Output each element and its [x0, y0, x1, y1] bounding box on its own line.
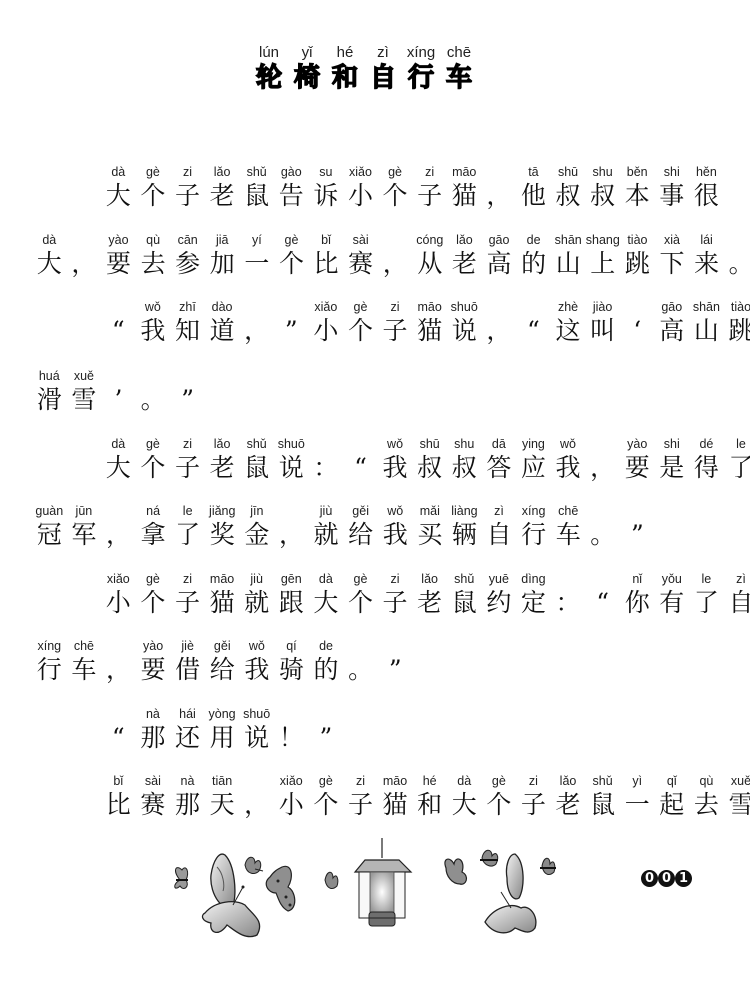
hanzi: 了 — [694, 587, 719, 619]
char-cell: jiǎng奖 — [205, 503, 240, 551]
pinyin: lái — [700, 232, 713, 248]
hanzi: 个 — [140, 180, 165, 212]
char-cell: shuō说 — [274, 436, 309, 484]
hanzi: “ — [112, 722, 125, 754]
pinyin: qǐ — [667, 773, 677, 789]
pinyin: gào — [281, 164, 302, 180]
char-cell: huá滑 — [32, 368, 67, 416]
pinyin: nà — [146, 706, 160, 722]
hanzi: 猫 — [417, 315, 442, 347]
pinyin: gè — [354, 571, 368, 587]
pinyin: zi — [391, 571, 400, 587]
char-cell: xiǎo小 — [309, 299, 344, 347]
char-cell: tiào跳 — [724, 299, 750, 347]
hanzi: 一 — [625, 789, 650, 821]
char-cell: gè个 — [343, 571, 378, 619]
pinyin: qù — [146, 232, 160, 248]
pinyin: wǒ — [387, 503, 403, 519]
char-cell: le了 — [170, 503, 205, 551]
hanzi: 跳 — [625, 248, 650, 280]
char-cell: jiù就 — [239, 571, 274, 619]
char-cell: cān参 — [170, 232, 205, 280]
pinyin: de — [527, 232, 541, 248]
char-cell: wǒ我 — [378, 503, 413, 551]
hanzi: “ — [527, 315, 540, 347]
hanzi: 要 — [106, 248, 131, 280]
title-char-cell: lún轮 — [250, 44, 288, 94]
pinyin: nǐ — [632, 571, 642, 587]
pinyin: le — [183, 503, 193, 519]
hanzi: 子 — [383, 587, 408, 619]
pinyin: jiù — [320, 503, 333, 519]
char-cell: dā答 — [482, 436, 517, 484]
char-cell: māo猫 — [412, 299, 447, 347]
hanzi: ” — [631, 519, 644, 551]
pinyin: dào — [212, 299, 233, 315]
pinyin: qù — [699, 773, 713, 789]
pinyin: wǒ — [145, 299, 161, 315]
pinyin: lǎo — [214, 164, 231, 180]
char-cell: zi子 — [343, 773, 378, 821]
char-cell: shū叔 — [551, 164, 586, 212]
hanzi: 个 — [140, 452, 165, 484]
char-cell: dà大 — [32, 232, 67, 280]
hanzi: 拿 — [141, 519, 166, 551]
butterflies-lantern-illustration — [0, 830, 750, 940]
char-cell: “ — [101, 299, 136, 347]
pinyin: zi — [391, 299, 400, 315]
hanzi: 去 — [141, 248, 166, 280]
hanzi: 来 — [694, 248, 719, 280]
pinyin: běn — [627, 164, 648, 180]
hanzi: ， — [383, 248, 408, 280]
char-cell: yào要 — [136, 638, 171, 686]
pinyin: jūn — [76, 503, 93, 519]
hanzi: 小 — [279, 789, 304, 821]
pinyin: lǎo — [560, 773, 577, 789]
hanzi: 是 — [659, 452, 684, 484]
pinyin: zi — [529, 773, 538, 789]
pinyin: zhī — [179, 299, 196, 315]
char-cell: chē车 — [67, 638, 102, 686]
title-char-cell: xíng行 — [402, 44, 440, 94]
pinyin: mǎi — [420, 503, 440, 519]
title-pinyin: yǐ — [302, 44, 313, 62]
char-cell: shǔ鼠 — [585, 773, 620, 821]
char-cell: lái来 — [689, 232, 724, 280]
pinyin: cóng — [416, 232, 443, 248]
hanzi: 大 — [313, 587, 338, 619]
pinyin: gè — [146, 164, 160, 180]
pinyin: zi — [183, 571, 192, 587]
char-cell: xuě雪 — [67, 368, 102, 416]
char-cell: liàng辆 — [447, 503, 482, 551]
char-cell: zi子 — [170, 571, 205, 619]
char-cell: yǒu有 — [655, 571, 690, 619]
hanzi: 就 — [314, 519, 339, 551]
hanzi: 小 — [106, 587, 131, 619]
hanzi: 加 — [210, 248, 235, 280]
pinyin: wǒ — [560, 436, 576, 452]
hanzi: ’ — [115, 384, 123, 416]
pinyin: xíng — [37, 638, 61, 654]
char-cell: ” — [170, 368, 205, 416]
text-line: dà大gè个zi子lǎo老shǔ鼠gào告su诉xiǎo小gè个zi子māo猫，… — [101, 164, 724, 212]
pinyin: gè — [319, 773, 333, 789]
hanzi: ” — [319, 722, 332, 754]
hanzi: 借 — [175, 654, 200, 686]
pinyin: gěi — [214, 638, 231, 654]
char-cell: jiù就 — [309, 503, 344, 551]
char-cell: zi子 — [516, 773, 551, 821]
char-cell: zi子 — [170, 164, 205, 212]
pinyin: xià — [664, 232, 680, 248]
hanzi: 诉 — [313, 180, 338, 212]
pinyin: gěi — [352, 503, 369, 519]
pinyin: shū — [420, 436, 440, 452]
hanzi: 大 — [452, 789, 477, 821]
pinyin: bǐ — [321, 232, 331, 248]
pinyin: shǔ — [593, 773, 613, 789]
hanzi: 约 — [486, 587, 511, 619]
hanzi: ： — [313, 452, 338, 484]
title-pinyin: xíng — [407, 44, 435, 62]
char-cell: zi子 — [170, 436, 205, 484]
char-cell: gāo高 — [655, 299, 690, 347]
char-cell: shang上 — [586, 232, 621, 280]
hanzi: 事 — [659, 180, 684, 212]
char-cell: shu叔 — [585, 164, 620, 212]
hanzi: 天 — [210, 789, 235, 821]
pinyin: ná — [146, 503, 160, 519]
pinyin: zì — [736, 571, 746, 587]
pinyin: gāo — [489, 232, 510, 248]
hanzi: 跟 — [279, 587, 304, 619]
hanzi: 去 — [694, 789, 719, 821]
hanzi: 雪 — [728, 789, 750, 821]
hanzi: 金 — [244, 519, 269, 551]
char-cell: qí骑 — [274, 638, 309, 686]
hanzi: 行 — [37, 654, 62, 686]
hanzi: 给 — [210, 654, 235, 686]
pinyin: zhè — [558, 299, 578, 315]
hanzi: ” — [285, 315, 298, 347]
hanzi: 答 — [486, 452, 511, 484]
hanzi: ” — [181, 384, 194, 416]
char-cell: mǎi买 — [413, 503, 448, 551]
hanzi: 骑 — [279, 654, 304, 686]
char-cell: nà那 — [170, 773, 205, 821]
char-cell: wǒ我 — [136, 299, 171, 347]
hanzi: 从 — [417, 248, 442, 280]
char-cell: guàn冠 — [32, 503, 67, 551]
butterfly-icon — [480, 850, 498, 866]
text-line: guàn冠jūn军，ná拿le了jiǎng奖jīn金，jiù就gěi给wǒ我mǎ… — [32, 503, 655, 551]
char-cell: de的 — [516, 232, 551, 280]
char-cell: shu叔 — [447, 436, 482, 484]
char-cell: ， — [482, 164, 517, 212]
title-pinyin: chē — [447, 44, 471, 62]
char-cell: ‘ — [620, 299, 655, 347]
butterfly-icon — [325, 872, 338, 888]
hanzi: 鼠 — [452, 587, 477, 619]
pinyin: lǎo — [421, 571, 438, 587]
char-cell: shǔ鼠 — [447, 571, 482, 619]
lantern-icon — [355, 838, 411, 926]
hanzi: 比 — [106, 789, 131, 821]
pinyin: tā — [528, 164, 538, 180]
char-cell: wǒ我 — [240, 638, 275, 686]
hanzi: 鼠 — [244, 452, 269, 484]
hanzi: 应 — [521, 452, 546, 484]
hanzi: 。 — [141, 384, 166, 416]
char-cell: tā他 — [516, 164, 551, 212]
hanzi: 说 — [452, 315, 477, 347]
hanzi: 大 — [106, 180, 131, 212]
char-cell: nà那 — [136, 706, 171, 754]
char-cell: yòng用 — [205, 706, 240, 754]
char-cell: běn本 — [620, 164, 655, 212]
hanzi: 山 — [556, 248, 581, 280]
title-char-cell: zì自 — [364, 44, 402, 94]
title-pinyin: zì — [377, 44, 389, 62]
pinyin: māo — [452, 164, 476, 180]
pinyin: dìng — [521, 571, 545, 587]
text-line: dà大gè个zi子lǎo老shǔ鼠shuō说：“wǒ我shū叔shu叔dā答yi… — [101, 436, 750, 484]
hanzi: 雪 — [71, 384, 96, 416]
pinyin: gè — [388, 164, 402, 180]
hanzi: 子 — [348, 789, 373, 821]
hanzi: 大 — [106, 452, 131, 484]
hanzi: 个 — [140, 587, 165, 619]
hanzi: 的 — [521, 248, 546, 280]
char-cell: wǒ我 — [378, 436, 413, 484]
pinyin: nà — [181, 773, 195, 789]
hanzi: 猫 — [452, 180, 477, 212]
title-char-cell: chē车 — [440, 44, 478, 94]
hanzi: 子 — [175, 452, 200, 484]
char-cell: ！ — [274, 706, 309, 754]
pinyin: liàng — [451, 503, 477, 519]
char-cell: shǔ鼠 — [239, 164, 274, 212]
char-cell: yuē约 — [482, 571, 517, 619]
char-cell: māo猫 — [447, 164, 482, 212]
hanzi: 老 — [210, 452, 235, 484]
text-line: huá滑xuě雪’。” — [32, 368, 205, 416]
hanzi: ， — [244, 789, 269, 821]
title-character: 和 — [332, 62, 358, 94]
pinyin: jiào — [593, 299, 612, 315]
title-character: 轮 — [256, 62, 282, 94]
char-cell: shi是 — [655, 436, 690, 484]
hanzi: ， — [486, 180, 511, 212]
char-cell: shuō说 — [239, 706, 274, 754]
hanzi: ， — [486, 315, 511, 347]
char-cell: māo猫 — [378, 773, 413, 821]
char-cell: bǐ比 — [309, 232, 344, 280]
text-line: dà大，yào要qù去cān参jiā加yí一gè个bǐ比sài赛，cóng从lǎ… — [32, 232, 750, 280]
char-cell: gè个 — [378, 164, 413, 212]
hanzi: 子 — [175, 587, 200, 619]
char-cell: “ — [101, 706, 136, 754]
char-cell: ” — [309, 706, 344, 754]
pinyin: jiǎng — [209, 503, 235, 519]
char-cell: ” — [274, 299, 309, 347]
char-cell: yào要 — [620, 436, 655, 484]
hanzi: 子 — [521, 789, 546, 821]
char-cell: ， — [101, 638, 136, 686]
pinyin: chē — [558, 503, 578, 519]
pinyin: shū — [558, 164, 578, 180]
pinyin: yì — [632, 773, 642, 789]
char-cell: ， — [101, 503, 136, 551]
hanzi: 了 — [728, 452, 750, 484]
pinyin: shi — [664, 436, 680, 452]
pinyin: shang — [586, 232, 620, 248]
hanzi: 车 — [71, 654, 96, 686]
hanzi: 军 — [71, 519, 96, 551]
char-cell: “ — [585, 571, 620, 619]
hanzi: 大 — [37, 248, 62, 280]
title-character: 椅 — [294, 62, 320, 94]
char-cell: dà大 — [309, 571, 344, 619]
char-cell: de的 — [309, 638, 344, 686]
char-cell: lǎo老 — [412, 571, 447, 619]
hanzi: 行 — [521, 519, 546, 551]
text-line: xíng行chē车，yào要jiè借gěi给wǒ我qí骑de的。” — [32, 638, 413, 686]
hanzi: 叔 — [417, 452, 442, 484]
char-cell: jūn军 — [67, 503, 102, 551]
pinyin: guàn — [35, 503, 63, 519]
char-cell: shū叔 — [412, 436, 447, 484]
char-cell: māo猫 — [205, 571, 240, 619]
pinyin: bǐ — [113, 773, 123, 789]
title-char-cell: yǐ椅 — [288, 44, 326, 94]
pinyin: shuō — [243, 706, 270, 722]
char-cell: cóng从 — [413, 232, 448, 280]
pinyin: lǎo — [214, 436, 231, 452]
char-cell: gěi给 — [343, 503, 378, 551]
pinyin: hěn — [696, 164, 717, 180]
pinyin: tiān — [212, 773, 232, 789]
char-cell: gè个 — [136, 436, 171, 484]
char-cell: yí一 — [240, 232, 275, 280]
pinyin: wǒ — [249, 638, 265, 654]
pinyin: shān — [693, 299, 720, 315]
title-char-cell: hé和 — [326, 44, 364, 94]
pinyin: zi — [183, 436, 192, 452]
pinyin: shuō — [278, 436, 305, 452]
char-cell: su诉 — [309, 164, 344, 212]
pinyin: su — [319, 164, 332, 180]
hanzi: 奖 — [210, 519, 235, 551]
hanzi: 鼠 — [590, 789, 615, 821]
butterfly-icon — [175, 868, 188, 889]
char-cell: nǐ你 — [620, 571, 655, 619]
hanzi: 就 — [244, 587, 269, 619]
hanzi: 冠 — [37, 519, 62, 551]
pinyin: gè — [492, 773, 506, 789]
pinyin: gēn — [281, 571, 302, 587]
pinyin: shǔ — [454, 571, 474, 587]
char-cell: gào告 — [274, 164, 309, 212]
hanzi: 得 — [694, 452, 719, 484]
char-cell: dìng定 — [516, 571, 551, 619]
title-character: 车 — [446, 62, 472, 94]
hanzi: ： — [556, 587, 581, 619]
hanzi: 滑 — [37, 384, 62, 416]
hanzi: 子 — [383, 315, 408, 347]
hanzi: ， — [106, 519, 131, 551]
pinyin: yuē — [489, 571, 509, 587]
hanzi: 这 — [556, 315, 581, 347]
pinyin: zi — [425, 164, 434, 180]
pinyin: shu — [454, 436, 474, 452]
char-cell: hái还 — [170, 706, 205, 754]
hanzi: 我 — [383, 452, 408, 484]
char-cell: dào道 — [205, 299, 240, 347]
title-pinyin: hé — [337, 44, 354, 62]
char-cell: hěn很 — [689, 164, 724, 212]
char-cell: 。 — [343, 638, 378, 686]
pinyin: yí — [252, 232, 262, 248]
hanzi: ， — [244, 315, 269, 347]
char-cell: zi子 — [378, 299, 413, 347]
hanzi: 山 — [694, 315, 719, 347]
hanzi: 下 — [659, 248, 684, 280]
char-cell: wǒ我 — [551, 436, 586, 484]
char-cell: lǎo老 — [551, 773, 586, 821]
pinyin: jiè — [181, 638, 194, 654]
char-cell: xiǎo小 — [101, 571, 136, 619]
pinyin: tiào — [627, 232, 647, 248]
hanzi: 我 — [140, 315, 165, 347]
hanzi: 他 — [521, 180, 546, 212]
char-cell: qù去 — [689, 773, 724, 821]
char-cell: ， — [585, 436, 620, 484]
char-cell: zhè这 — [551, 299, 586, 347]
char-cell: gè个 — [136, 571, 171, 619]
hanzi: 老 — [210, 180, 235, 212]
char-cell: ” — [620, 503, 655, 551]
hanzi: 买 — [417, 519, 442, 551]
char-cell: bǐ比 — [101, 773, 136, 821]
hanzi: 我 — [556, 452, 581, 484]
hanzi: 了 — [175, 519, 200, 551]
hanzi: 知 — [175, 315, 200, 347]
pinyin: ying — [522, 436, 545, 452]
pinyin: de — [319, 638, 333, 654]
char-cell: ： — [551, 571, 586, 619]
char-cell: chē车 — [551, 503, 586, 551]
title-pinyin: lún — [259, 44, 279, 62]
char-cell: sài赛 — [343, 232, 378, 280]
hanzi: 自 — [487, 519, 512, 551]
char-cell: tiào跳 — [620, 232, 655, 280]
char-cell: zi子 — [378, 571, 413, 619]
char-cell: ， — [239, 773, 274, 821]
pinyin: yòng — [209, 706, 236, 722]
page-number: 0 0 1 — [641, 870, 692, 887]
char-cell: xíng行 — [516, 503, 551, 551]
text-line: xiǎo小gè个zi子māo猫jiù就gēn跟dà大gè个zi子lǎo老shǔ鼠… — [101, 571, 750, 619]
pinyin: lǎo — [456, 232, 473, 248]
hanzi: 那 — [175, 789, 200, 821]
text-line: bǐ比sài赛nà那tiān天，xiǎo小gè个zi子māo猫hé和dà大gè个… — [101, 773, 750, 821]
pinyin: jīn — [250, 503, 263, 519]
char-cell: gēn跟 — [274, 571, 309, 619]
pinyin: zì — [494, 503, 504, 519]
